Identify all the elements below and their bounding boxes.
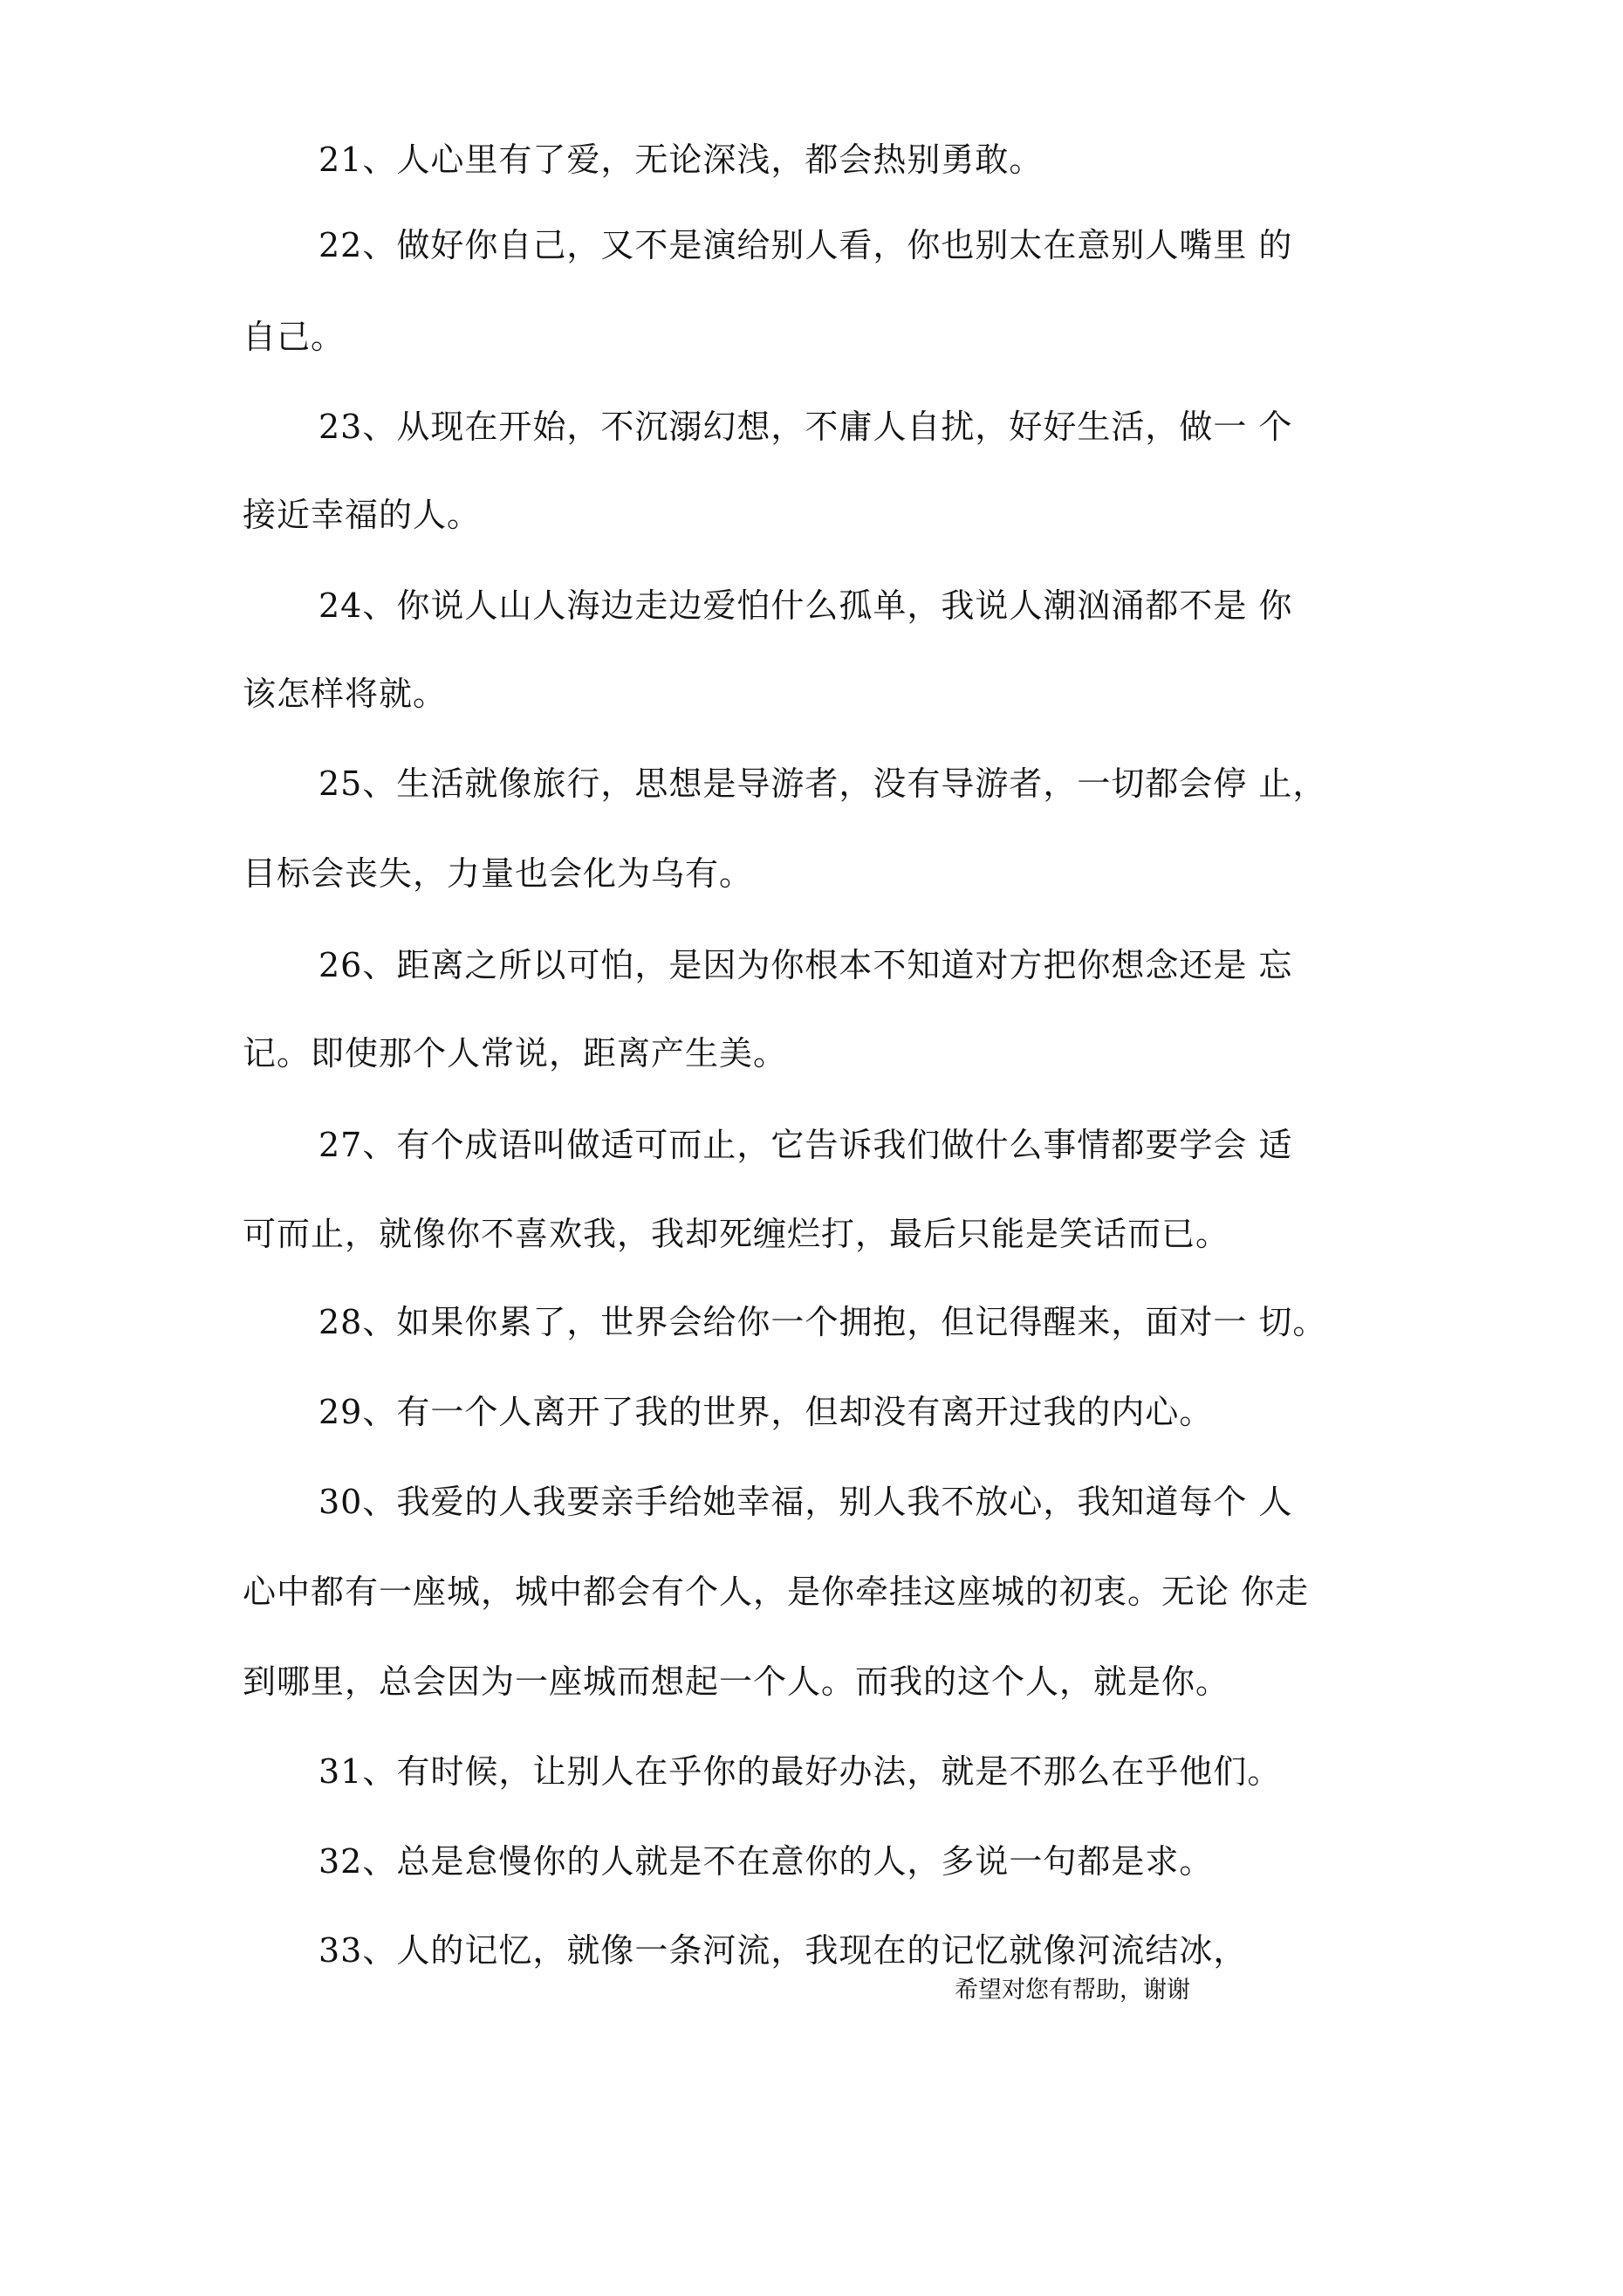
quote-29-line-1: 29、有一个人离开了我的世界，但却没有离开过我的内心。 [318,1392,1213,1432]
quote-22-line-1: 22、做好你自己，又不是演给别人看，你也别太在意别人嘴里 的 [318,225,1292,265]
quote-26-line-1: 26、距离之所以可怕，是因为你根本不知道对方把你想念还是 忘 [318,945,1292,985]
quote-31-line-1: 31、有时候，让别人在乎你的最好办法，就是不那么在乎他们。 [318,1751,1281,1792]
quote-22-line-2: 自己。 [243,317,345,357]
quote-23-line-1: 23、从现在开始，不沉溺幻想，不庸人自扰，好好生活，做一 个 [318,407,1292,447]
quote-32-line-1: 32、总是怠慢你的人就是不在意你的人，多说一句都是求。 [318,1841,1213,1881]
quote-33-line-1: 33、人的记忆，就像一条河流，我现在的记忆就像河流结冰， [318,1930,1247,1970]
quote-27-line-2: 可而止，就像你不喜欢我，我却死缠烂打，最后只能是笑话而已。 [243,1214,1229,1254]
footer-note: 希望对您有帮助，谢谢 [955,1976,1190,2005]
quote-25-line-2: 目标会丧失，力量也会化为乌有。 [243,853,753,894]
document-page: 21、人心里有了爱，无论深浅，都会热别勇敢。 22、做好你自己，又不是演给别人看… [0,0,1623,2296]
quote-24-line-2: 该怎样将就。 [243,674,447,714]
quote-30-line-1: 30、我爱的人我要亲手给她幸福，别人我不放心，我知道每个 人 [318,1482,1292,1522]
quote-23-line-2: 接近幸福的人。 [243,495,481,535]
quote-28-line-1: 28、如果你累了，世界会给你一个拥抱，但记得醒来，面对一 切。 [318,1302,1326,1342]
quote-30-line-3: 到哪里，总会因为一座城而想起一个人。而我的这个人，就是你。 [243,1662,1229,1702]
quote-26-line-2: 记。即使那个人常说，距离产生美。 [243,1033,787,1073]
quote-30-line-2: 心中都有一座城，城中都会有个人，是你牵挂这座城的初衷。无论 你走 [243,1572,1309,1612]
quote-27-line-1: 27、有个成语叫做适可而止，它告诉我们做什么事情都要学会 适 [318,1125,1292,1165]
quote-21-line-1: 21、人心里有了爱，无论深浅，都会热别勇敢。 [318,140,1043,180]
quote-25-line-1: 25、生活就像旅行，思想是导游者，没有导游者，一切都会停 止， [318,764,1326,804]
quote-24-line-1: 24、你说人山人海边走边爱怕什么孤单，我说人潮汹涌都不是 你 [318,586,1292,626]
